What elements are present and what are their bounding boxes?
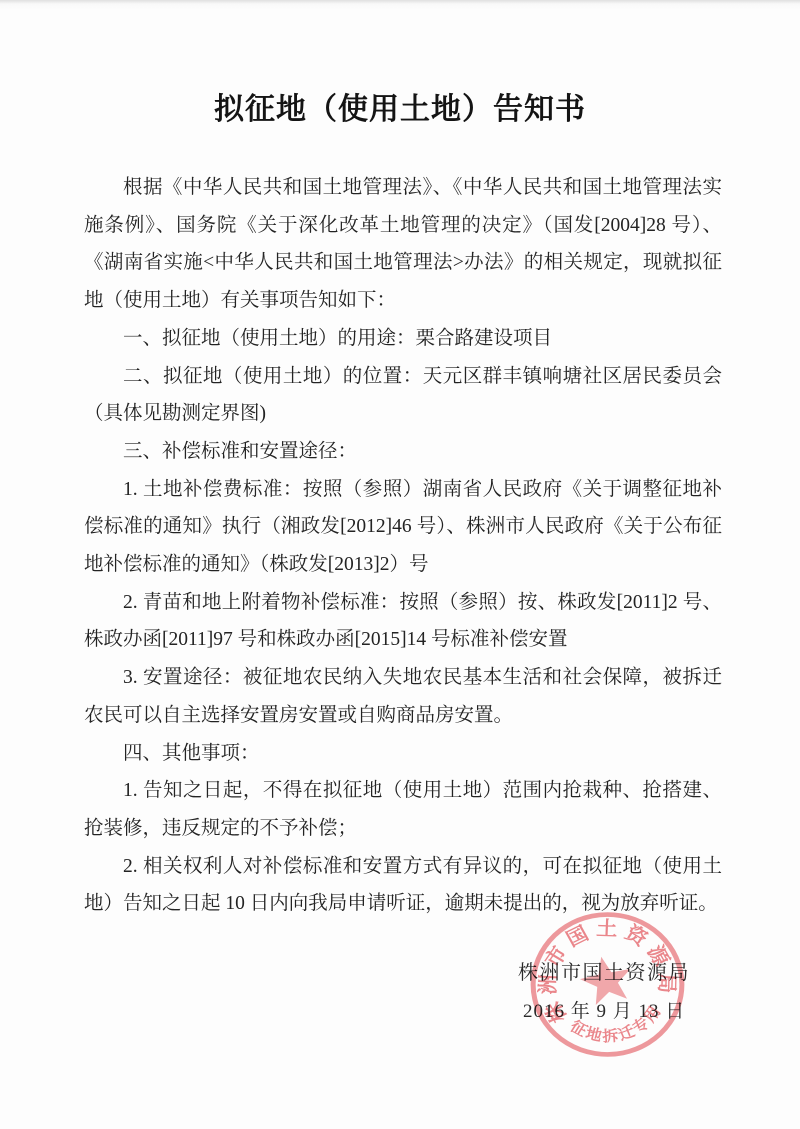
para-compensation-head: 三、补偿标准和安置途径： xyxy=(84,433,722,471)
document-title: 拟征地（使用土地）告知书 xyxy=(0,84,800,128)
para-prohibitions: 1. 告知之日起，不得在拟征地（使用土地）范围内抢栽种、抢搭建、抢装修，违反规定… xyxy=(84,772,722,847)
scanned-document-page: 拟征地（使用土地）告知书 根据《中华人民共和国土地管理法》、《中华人民共和国土地… xyxy=(0,0,800,1129)
para-land-compensation: 1. 土地补偿费标准：按照（参照）湖南省人民政府《关于调整征地补偿标准的通知》执… xyxy=(84,471,722,584)
para-other-head: 四、其他事项： xyxy=(84,735,722,773)
para-location: 二、拟征地（使用土地）的位置：天元区群丰镇响塘社区居民委员会（具体见勘测定界图) xyxy=(84,358,722,433)
para-purpose: 一、拟征地（使用土地）的用途：栗合路建设项目 xyxy=(84,320,722,358)
scan-top-shadow xyxy=(0,0,800,10)
document-body: 根据《中华人民共和国土地管理法》、《中华人民共和国土地管理法实施条例》、国务院《… xyxy=(84,169,722,923)
signature-date: 2016 年 9 月 13 日 xyxy=(523,996,685,1023)
signature-agency: 株洲市国土资源局 xyxy=(518,956,690,985)
para-crops-compensation: 2. 青苗和地上附着物补偿标准：按照（参照）按、株政发[2011]2 号、株政办… xyxy=(84,584,722,659)
para-hearing-rights: 2. 相关权利人对补偿标准和安置方式有异议的，可在拟征地（使用土地）告知之日起 … xyxy=(84,848,722,923)
para-resettlement: 3. 安置途径：被征地农民纳入失地农民基本生活和社会保障，被拆迁农民可以自主选择… xyxy=(84,659,722,734)
para-legal-basis: 根据《中华人民共和国土地管理法》、《中华人民共和国土地管理法实施条例》、国务院《… xyxy=(84,169,722,320)
